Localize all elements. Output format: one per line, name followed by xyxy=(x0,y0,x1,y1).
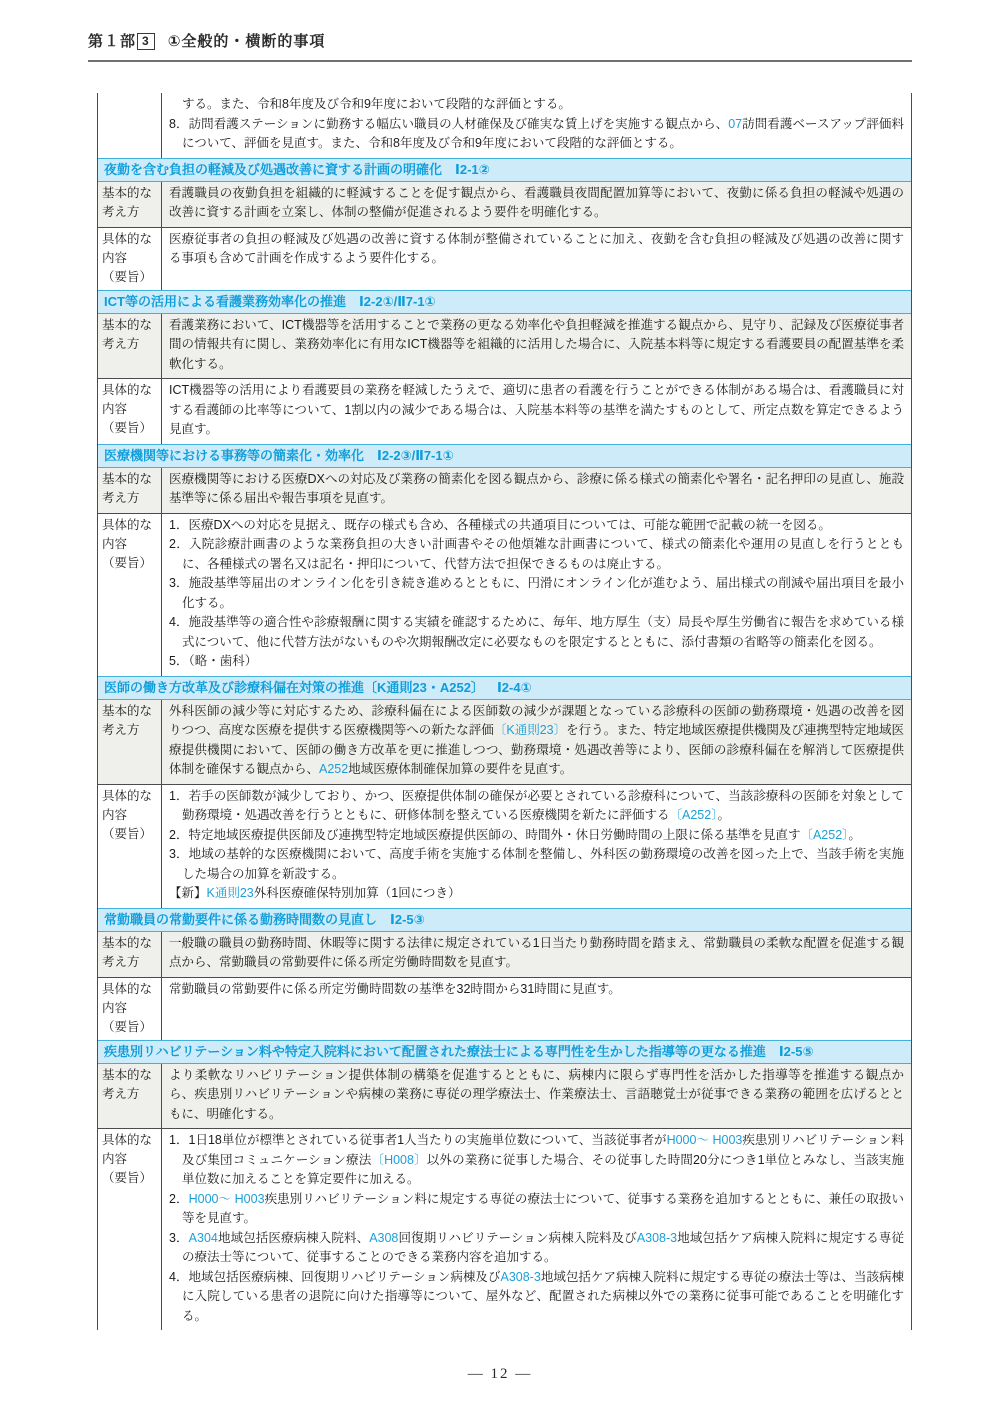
text-segment: 。 xyxy=(717,808,730,822)
specific-row: 具体的な内容（要旨）ICT機器等の活用により看護要員の業務を軽減したうえで、適切… xyxy=(98,378,911,444)
row-label-line: 考え方 xyxy=(102,1085,159,1104)
row-label-line: （要旨） xyxy=(102,825,159,844)
code-reference: H000〜 H003 xyxy=(667,1133,743,1147)
row-label-line: 基本的な xyxy=(102,702,159,721)
paragraph: 4．施設基準等の適合性や診療報酬に関する実績を確認するために、毎年、地方厚生（支… xyxy=(169,613,904,652)
row-content: 外科医師の減少等に対応するため、診療科偏在による医師数の減少が課題となっている診… xyxy=(162,700,911,784)
paragraph: 1．医療DXへの対応を見据え、既存の様式も含め、各種様式の共通項目については、可… xyxy=(169,516,904,536)
text-segment: 地域医療体制確保加算の要件を見直す。 xyxy=(348,762,572,776)
section-title: 夜勤を含む負担の軽減及び処遇改善に資する計画の明確化 xyxy=(104,162,442,177)
specific-row: 具体的な内容（要旨）1．1日18単位が標準とされている従事者1人当たりの実施単位… xyxy=(98,1128,911,1330)
row-label-line: 内容 xyxy=(102,400,159,419)
row-label-line: 内容 xyxy=(102,249,159,268)
paragraph: 常勤職員の常勤要件に係る所定労働時間数の基準を32時間から31時間に見直す。 xyxy=(169,980,904,1000)
code-reference: 07 xyxy=(728,117,742,131)
code-reference: 〔H008〕 xyxy=(371,1153,426,1167)
row-content: 医療従事者の負担の軽減及び処遇の改善に資する体制が整備されていることに加え、夜勤… xyxy=(162,228,911,290)
text-segment: 4．施設基準等の適合性や診療報酬に関する実績を確認するために、毎年、地方厚生（支… xyxy=(169,615,904,649)
section-code: Ⅰ2-2③/Ⅱ7-1① xyxy=(377,448,454,463)
text-segment: 看護業務において、ICT機器等を活用することで業務の更なる効率化や負担軽減を推進… xyxy=(169,318,904,371)
paragraph: 医療機関等における医療DXへの対応及び業務の簡素化を図る観点から、診療に係る様式… xyxy=(169,470,904,509)
text-segment: 一般職の職員の勤務時間、休暇等に関する法律に規定されている1日当たり勤務時間を踏… xyxy=(169,936,904,970)
section-header: 常勤職員の常勤要件に係る勤務時間数の見直しⅠ2-5③ xyxy=(98,908,911,932)
row-label-line: （要旨） xyxy=(102,268,159,287)
row-label: 基本的な考え方 xyxy=(98,182,162,227)
policy-table: する。また、令和8年度及び令和9年度において段階的な評価とする。8．訪問看護ステ… xyxy=(97,93,912,1330)
text-segment: 。 xyxy=(848,828,861,842)
basic-row: 基本的な考え方一般職の職員の勤務時間、休暇等に関する法律に規定されている1日当た… xyxy=(98,932,911,977)
paragraph: 2．入院診療計画書のような業務負担の大きい計画書やその他煩雑な計画書について、様… xyxy=(169,535,904,574)
text-segment: 1．若手の医師数が減少しており、かつ、医療提供体制の確保が必要とされている診療科… xyxy=(169,789,904,823)
page-header: 第１部3①全般的・横断的事項 xyxy=(88,30,912,62)
paragraph: 看護職員の夜勤負担を組織的に軽減することを促す観点から、看護職員夜間配置加算等に… xyxy=(169,184,904,223)
section-code: Ⅰ2-1② xyxy=(455,162,490,177)
basic-row: 基本的な考え方医療機関等における医療DXへの対応及び業務の簡素化を図る観点から、… xyxy=(98,468,911,513)
row-content: 一般職の職員の勤務時間、休暇等に関する法律に規定されている1日当たり勤務時間を踏… xyxy=(162,932,911,977)
paragraph: 8．訪問看護ステーションに勤務する幅広い職員の人材確保及び確実な賃上げを実施する… xyxy=(169,115,904,154)
paragraph: 2．特定地域医療提供医師及び連携型特定地域医療提供医師の、時間外・休日労働時間の… xyxy=(169,826,904,846)
row-label-line: 考え方 xyxy=(102,335,159,354)
paragraph: 4．地域包括医療病棟、回復期リハビリテーション病棟及びA308-3地域包括ケア病… xyxy=(169,1268,904,1327)
paragraph: ICT機器等の活用により看護要員の業務を軽減したうえで、適切に患者の看護を行うこ… xyxy=(169,381,904,440)
code-reference: K通則23 xyxy=(207,886,254,900)
section-header: 医師の働き方改革及び診療科偏在対策の推進〔K通則23・A252〕Ⅰ2-4① xyxy=(98,676,911,700)
row-label xyxy=(98,93,162,158)
code-reference: H000〜 H003 xyxy=(189,1192,265,1206)
section-title: 医師の働き方改革及び診療科偏在対策の推進〔K通則23・A252〕 xyxy=(104,680,484,695)
section-header: 疾患別リハビリテーション料や特定入院料において配置された療法士による専門性を生か… xyxy=(98,1040,911,1064)
paragraph: 3．施設基準等届出のオンライン化を引き続き進めるとともに、円滑にオンライン化が進… xyxy=(169,574,904,613)
text-segment: する。また、令和8年度及び令和9年度において段階的な評価とする。 xyxy=(182,97,571,111)
basic-row: 基本的な考え方看護職員の夜勤負担を組織的に軽減することを促す観点から、看護職員夜… xyxy=(98,182,911,227)
row-content: 医療機関等における医療DXへの対応及び業務の簡素化を図る観点から、診療に係る様式… xyxy=(162,468,911,513)
basic-row: 基本的な考え方より柔軟なリハビリテーション提供体制の構築を促進するとともに、病棟… xyxy=(98,1064,911,1129)
paragraph: する。また、令和8年度及び令和9年度において段階的な評価とする。 xyxy=(169,95,904,115)
paragraph: 医療従事者の負担の軽減及び処遇の改善に資する体制が整備されていることに加え、夜勤… xyxy=(169,230,904,269)
code-reference: 〔K通則23〕 xyxy=(494,723,566,737)
text-segment: 4．地域包括医療病棟、回復期リハビリテーション病棟及び xyxy=(169,1270,500,1284)
row-label-line: 具体的な xyxy=(102,381,159,400)
basic-row: 基本的な考え方看護業務において、ICT機器等を活用することで業務の更なる効率化や… xyxy=(98,314,911,379)
text-segment: 3．施設基準等届出のオンライン化を引き続き進めるとともに、円滑にオンライン化が進… xyxy=(169,576,904,610)
text-segment: 1．1日18単位が標準とされている従事者1人当たりの実施単位数について、当該従事… xyxy=(169,1133,667,1147)
row-label: 具体的な内容（要旨） xyxy=(98,978,162,1040)
text-segment: 3．地域の基幹的な医療機関において、高度手術を実施する体制を整備し、外科医の勤務… xyxy=(169,847,904,881)
row-label: 基本的な考え方 xyxy=(98,314,162,379)
text-segment: 2．入院診療計画書のような業務負担の大きい計画書やその他煩雑な計画書について、様… xyxy=(169,537,904,571)
paragraph: 1．若手の医師数が減少しており、かつ、医療提供体制の確保が必要とされている診療科… xyxy=(169,787,904,826)
code-reference: A304 xyxy=(189,1231,218,1245)
paragraph: 3．A304地域包括医療病棟入院料、A308回復期リハビリテーション病棟入院料及… xyxy=(169,1229,904,1268)
part-number-box: 3 xyxy=(137,33,155,50)
row-label-line: （要旨） xyxy=(102,554,159,573)
specific-row: 具体的な内容（要旨）常勤職員の常勤要件に係る所定労働時間数の基準を32時間から3… xyxy=(98,977,911,1040)
specific-row: 具体的な内容（要旨）1．医療DXへの対応を見据え、既存の様式も含め、各種様式の共… xyxy=(98,513,911,676)
code-reference: 〔A252〕 xyxy=(800,828,848,842)
row-label-line: 基本的な xyxy=(102,1066,159,1085)
row-content: ICT機器等の活用により看護要員の業務を軽減したうえで、適切に患者の看護を行うこ… xyxy=(162,379,911,444)
text-segment: 2．特定地域医療提供医師及び連携型特定地域医療提供医師の、時間外・休日労働時間の… xyxy=(169,828,800,842)
text-segment: ICT機器等の活用により看護要員の業務を軽減したうえで、適切に患者の看護を行うこ… xyxy=(169,383,904,436)
row-content: 1．医療DXへの対応を見据え、既存の様式も含め、各種様式の共通項目については、可… xyxy=(162,514,911,676)
paragraph: 5．（略・歯科） xyxy=(169,652,904,672)
text-segment: 外科医療確保特別加算（1回につき） xyxy=(254,886,461,900)
code-reference: A252 xyxy=(319,762,348,776)
part-label: 第１部 xyxy=(88,33,136,50)
paragraph: 2．H000〜 H003疾患別リハビリテーション料に規定する専従の療法士について… xyxy=(169,1190,904,1229)
row-label: 基本的な考え方 xyxy=(98,700,162,784)
row-label: 具体的な内容（要旨） xyxy=(98,785,162,908)
section-title: ICT等の活用による看護業務効率化の推進 xyxy=(104,294,346,309)
section-title: 常勤職員の常勤要件に係る勤務時間数の見直し xyxy=(104,912,377,927)
row-label: 具体的な内容（要旨） xyxy=(98,514,162,676)
text-segment: 8．訪問看護ステーションに勤務する幅広い職員の人材確保及び確実な賃上げを実施する… xyxy=(169,117,728,131)
row-label-line: 基本的な xyxy=(102,184,159,203)
row-label-line: 基本的な xyxy=(102,316,159,335)
code-reference: A308 xyxy=(369,1231,398,1245)
row-content: 看護職員の夜勤負担を組織的に軽減することを促す観点から、看護職員夜間配置加算等に… xyxy=(162,182,911,227)
row-label-line: 考え方 xyxy=(102,203,159,222)
row-content: より柔軟なリハビリテーション提供体制の構築を促進するとともに、病棟内に限らず専門… xyxy=(162,1064,911,1129)
paragraph: 看護業務において、ICT機器等を活用することで業務の更なる効率化や負担軽減を推進… xyxy=(169,316,904,375)
row-content: 1．若手の医師数が減少しており、かつ、医療提供体制の確保が必要とされている診療科… xyxy=(162,785,911,908)
text-segment: 3． xyxy=(169,1231,189,1245)
row-label: 基本的な考え方 xyxy=(98,932,162,977)
row-label-line: 具体的な xyxy=(102,787,159,806)
row-label: 具体的な内容（要旨） xyxy=(98,228,162,290)
row-label-line: 内容 xyxy=(102,535,159,554)
text-segment: より柔軟なリハビリテーション提供体制の構築を促進するとともに、病棟内に限らず専門… xyxy=(169,1068,904,1121)
text-segment: 1．医療DXへの対応を見据え、既存の様式も含め、各種様式の共通項目については、可… xyxy=(169,518,831,532)
row-label-line: 考え方 xyxy=(102,489,159,508)
text-segment: 医療従事者の負担の軽減及び処遇の改善に資する体制が整備されていることに加え、夜勤… xyxy=(169,232,904,266)
basic-row: 基本的な考え方外科医師の減少等に対応するため、診療科偏在による医師数の減少が課題… xyxy=(98,700,911,784)
section-code: Ⅰ2-4① xyxy=(497,680,532,695)
row-label-line: （要旨） xyxy=(102,1169,159,1188)
row-label-line: 具体的な xyxy=(102,980,159,999)
text-segment: 2． xyxy=(169,1192,189,1206)
specific-row: 具体的な内容（要旨）医療従事者の負担の軽減及び処遇の改善に資する体制が整備されて… xyxy=(98,227,911,290)
text-segment: 5．（略・歯科） xyxy=(169,654,257,668)
text-segment: 医療機関等における医療DXへの対応及び業務の簡素化を図る観点から、診療に係る様式… xyxy=(169,472,904,506)
code-reference: 〔A252〕 xyxy=(670,808,718,822)
row-content: 常勤職員の常勤要件に係る所定労働時間数の基準を32時間から31時間に見直す。 xyxy=(162,978,911,1040)
row-label-line: 具体的な xyxy=(102,516,159,535)
row-label-line: （要旨） xyxy=(102,419,159,438)
row-label-line: 基本的な xyxy=(102,470,159,489)
text-segment: 回復期リハビリテーション病棟入院料及び xyxy=(398,1231,636,1245)
section-code: Ⅰ2-5⑤ xyxy=(779,1044,814,1059)
text-segment: 疾患別リハビリテーション料に規定する専従の療法士について、従事する業務を追加する… xyxy=(182,1192,904,1226)
section-header: 医療機関等における事務等の簡素化・効率化Ⅰ2-2③/Ⅱ7-1① xyxy=(98,444,911,468)
paragraph: より柔軟なリハビリテーション提供体制の構築を促進するとともに、病棟内に限らず専門… xyxy=(169,1066,904,1125)
text-segment: 地域包括医療病棟入院料、 xyxy=(218,1231,369,1245)
row-label-line: 基本的な xyxy=(102,934,159,953)
text-segment: 【新】 xyxy=(169,886,207,900)
row-label: 基本的な考え方 xyxy=(98,468,162,513)
row-label: 基本的な考え方 xyxy=(98,1064,162,1129)
code-reference: A308-3 xyxy=(637,1231,677,1245)
row-label: 具体的な内容（要旨） xyxy=(98,1129,162,1330)
text-segment: 看護職員の夜勤負担を組織的に軽減することを促す観点から、看護職員夜間配置加算等に… xyxy=(169,186,904,220)
row-content: 看護業務において、ICT機器等を活用することで業務の更なる効率化や負担軽減を推進… xyxy=(162,314,911,379)
row-label-line: 内容 xyxy=(102,806,159,825)
paragraph: 一般職の職員の勤務時間、休暇等に関する法律に規定されている1日当たり勤務時間を踏… xyxy=(169,934,904,973)
page-title: ①全般的・横断的事項 xyxy=(168,33,326,50)
row-content: 1．1日18単位が標準とされている従事者1人当たりの実施単位数について、当該従事… xyxy=(162,1129,911,1330)
continuation-row: する。また、令和8年度及び令和9年度において段階的な評価とする。8．訪問看護ステ… xyxy=(98,93,911,158)
paragraph: 【新】K通則23外科医療確保特別加算（1回につき） xyxy=(169,884,904,904)
row-label-line: 具体的な xyxy=(102,230,159,249)
row-label-line: 考え方 xyxy=(102,953,159,972)
section-code: Ⅰ2-5③ xyxy=(390,912,425,927)
row-label-line: （要旨） xyxy=(102,1018,159,1037)
section-header: ICT等の活用による看護業務効率化の推進Ⅰ2-2①/Ⅱ7-1① xyxy=(98,290,911,314)
paragraph: 外科医師の減少等に対応するため、診療科偏在による医師数の減少が課題となっている診… xyxy=(169,702,904,780)
row-label-line: 内容 xyxy=(102,1150,159,1169)
document-page: { "page": { "header": { "part_label": "第… xyxy=(0,0,1000,1412)
section-title: 医療機関等における事務等の簡素化・効率化 xyxy=(104,448,364,463)
section-code: Ⅰ2-2①/Ⅱ7-1① xyxy=(359,294,436,309)
specific-row: 具体的な内容（要旨）1．若手の医師数が減少しており、かつ、医療提供体制の確保が必… xyxy=(98,784,911,908)
code-reference: A308-3 xyxy=(500,1270,540,1284)
section-header: 夜勤を含む負担の軽減及び処遇改善に資する計画の明確化Ⅰ2-1② xyxy=(98,158,911,182)
row-label-line: 内容 xyxy=(102,999,159,1018)
text-segment: 常勤職員の常勤要件に係る所定労働時間数の基準を32時間から31時間に見直す。 xyxy=(169,982,621,996)
row-label: 具体的な内容（要旨） xyxy=(98,379,162,444)
paragraph: 3．地域の基幹的な医療機関において、高度手術を実施する体制を整備し、外科医の勤務… xyxy=(169,845,904,884)
row-label-line: 考え方 xyxy=(102,721,159,740)
paragraph: 1．1日18単位が標準とされている従事者1人当たりの実施単位数について、当該従事… xyxy=(169,1131,904,1190)
page-number: — 12 — xyxy=(0,1366,1000,1383)
section-title: 疾患別リハビリテーション料や特定入院料において配置された療法士による専門性を生か… xyxy=(104,1044,766,1059)
row-label-line: 具体的な xyxy=(102,1131,159,1150)
row-content: する。また、令和8年度及び令和9年度において段階的な評価とする。8．訪問看護ステ… xyxy=(162,93,911,158)
